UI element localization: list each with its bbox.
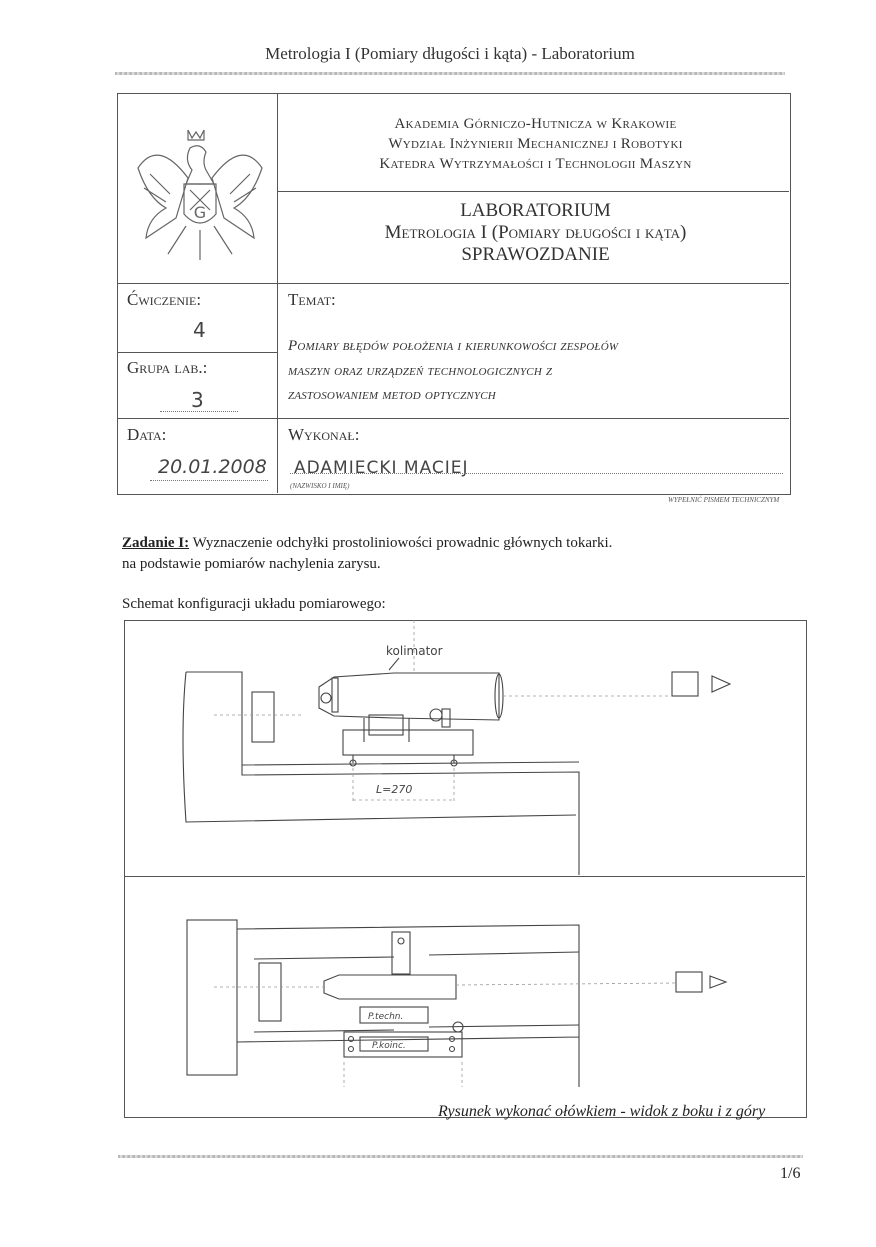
side-view-drawing: kolimator L=270 [124, 620, 805, 876]
task-label: Zadanie I: [122, 535, 189, 551]
faculty-name: Wydział Inżynierii Mechanicznej i Roboty… [283, 134, 788, 154]
page-header: Metrologia I (Pomiary długości i kąta) -… [230, 44, 670, 64]
author-underline [290, 473, 783, 474]
exercise-label: Ćwiczenie: [127, 290, 201, 310]
exercise-value: 4 [193, 318, 206, 342]
page-number: 1/6 [780, 1165, 800, 1183]
agh-eagle-crest-icon: G [130, 118, 270, 268]
drawing-note: Rysunek wykonać ołówkiem - widok z boku … [438, 1103, 765, 1121]
group-value: 3 [191, 388, 204, 412]
tech-level-label: P.techn. [368, 1012, 403, 1022]
course-title: Metrologia I (Pomiary długości i kąta) [283, 222, 788, 244]
lab-title-block: LABORATORIUM Metrologia I (Pomiary długo… [283, 200, 788, 266]
schema-label: Schemat konfiguracji układu pomiarowego: [122, 596, 386, 613]
fill-hint: wypełnić pismem technicznym [668, 496, 779, 504]
divider [117, 283, 789, 284]
collimator-label: kolimator [386, 644, 443, 658]
author-hint: (nazwisko i imię) [290, 482, 350, 490]
footer-divider [118, 1155, 803, 1158]
top-view-drawing: P.techn. P.koinc. [124, 877, 805, 1117]
lab-title: LABORATORIUM [283, 200, 788, 222]
date-underline [150, 480, 268, 481]
topic-label: Temat: [288, 290, 336, 310]
department-name: Katedra Wytrzymałości i Technologii Masz… [283, 154, 788, 174]
author-label: Wykonał: [288, 425, 359, 445]
svg-text:G: G [194, 203, 206, 222]
distance-label: L=270 [376, 783, 412, 796]
topic-line: zastosowaniem metod optycznych [288, 383, 618, 408]
topic-text: Pomiary błędów położenia i kierunkowości… [288, 334, 618, 408]
institution-block: Akademia Górniczo-Hutnicza w Krakowie Wy… [283, 114, 788, 174]
task-text: Wyznaczenie odchyłki prostoliniowości pr… [189, 535, 612, 551]
date-label: Data: [127, 425, 166, 445]
author-value: ADAMIECKI MACIEJ [294, 458, 469, 478]
divider [277, 191, 789, 192]
divider [117, 418, 789, 419]
task-text-line2: na podstawie pomiarów nachylenia zarysu. [122, 554, 612, 575]
university-name: Akademia Górniczo-Hutnicza w Krakowie [283, 114, 788, 134]
header-divider [115, 72, 785, 75]
coinc-level-label: P.koinc. [372, 1041, 406, 1051]
divider [117, 352, 277, 353]
title-block-divider [277, 93, 278, 493]
group-label: Grupa lab.: [127, 358, 207, 378]
task-description: Zadanie I: Wyznaczenie odchyłki prostoli… [122, 533, 612, 575]
date-value: 20.01.2008 [158, 456, 267, 478]
report-title: SPRAWOZDANIE [283, 244, 788, 266]
group-underline [160, 411, 238, 412]
topic-line: maszyn oraz urządzeń technologicznych z [288, 359, 618, 384]
topic-line: Pomiary błędów położenia i kierunkowości… [288, 334, 618, 359]
